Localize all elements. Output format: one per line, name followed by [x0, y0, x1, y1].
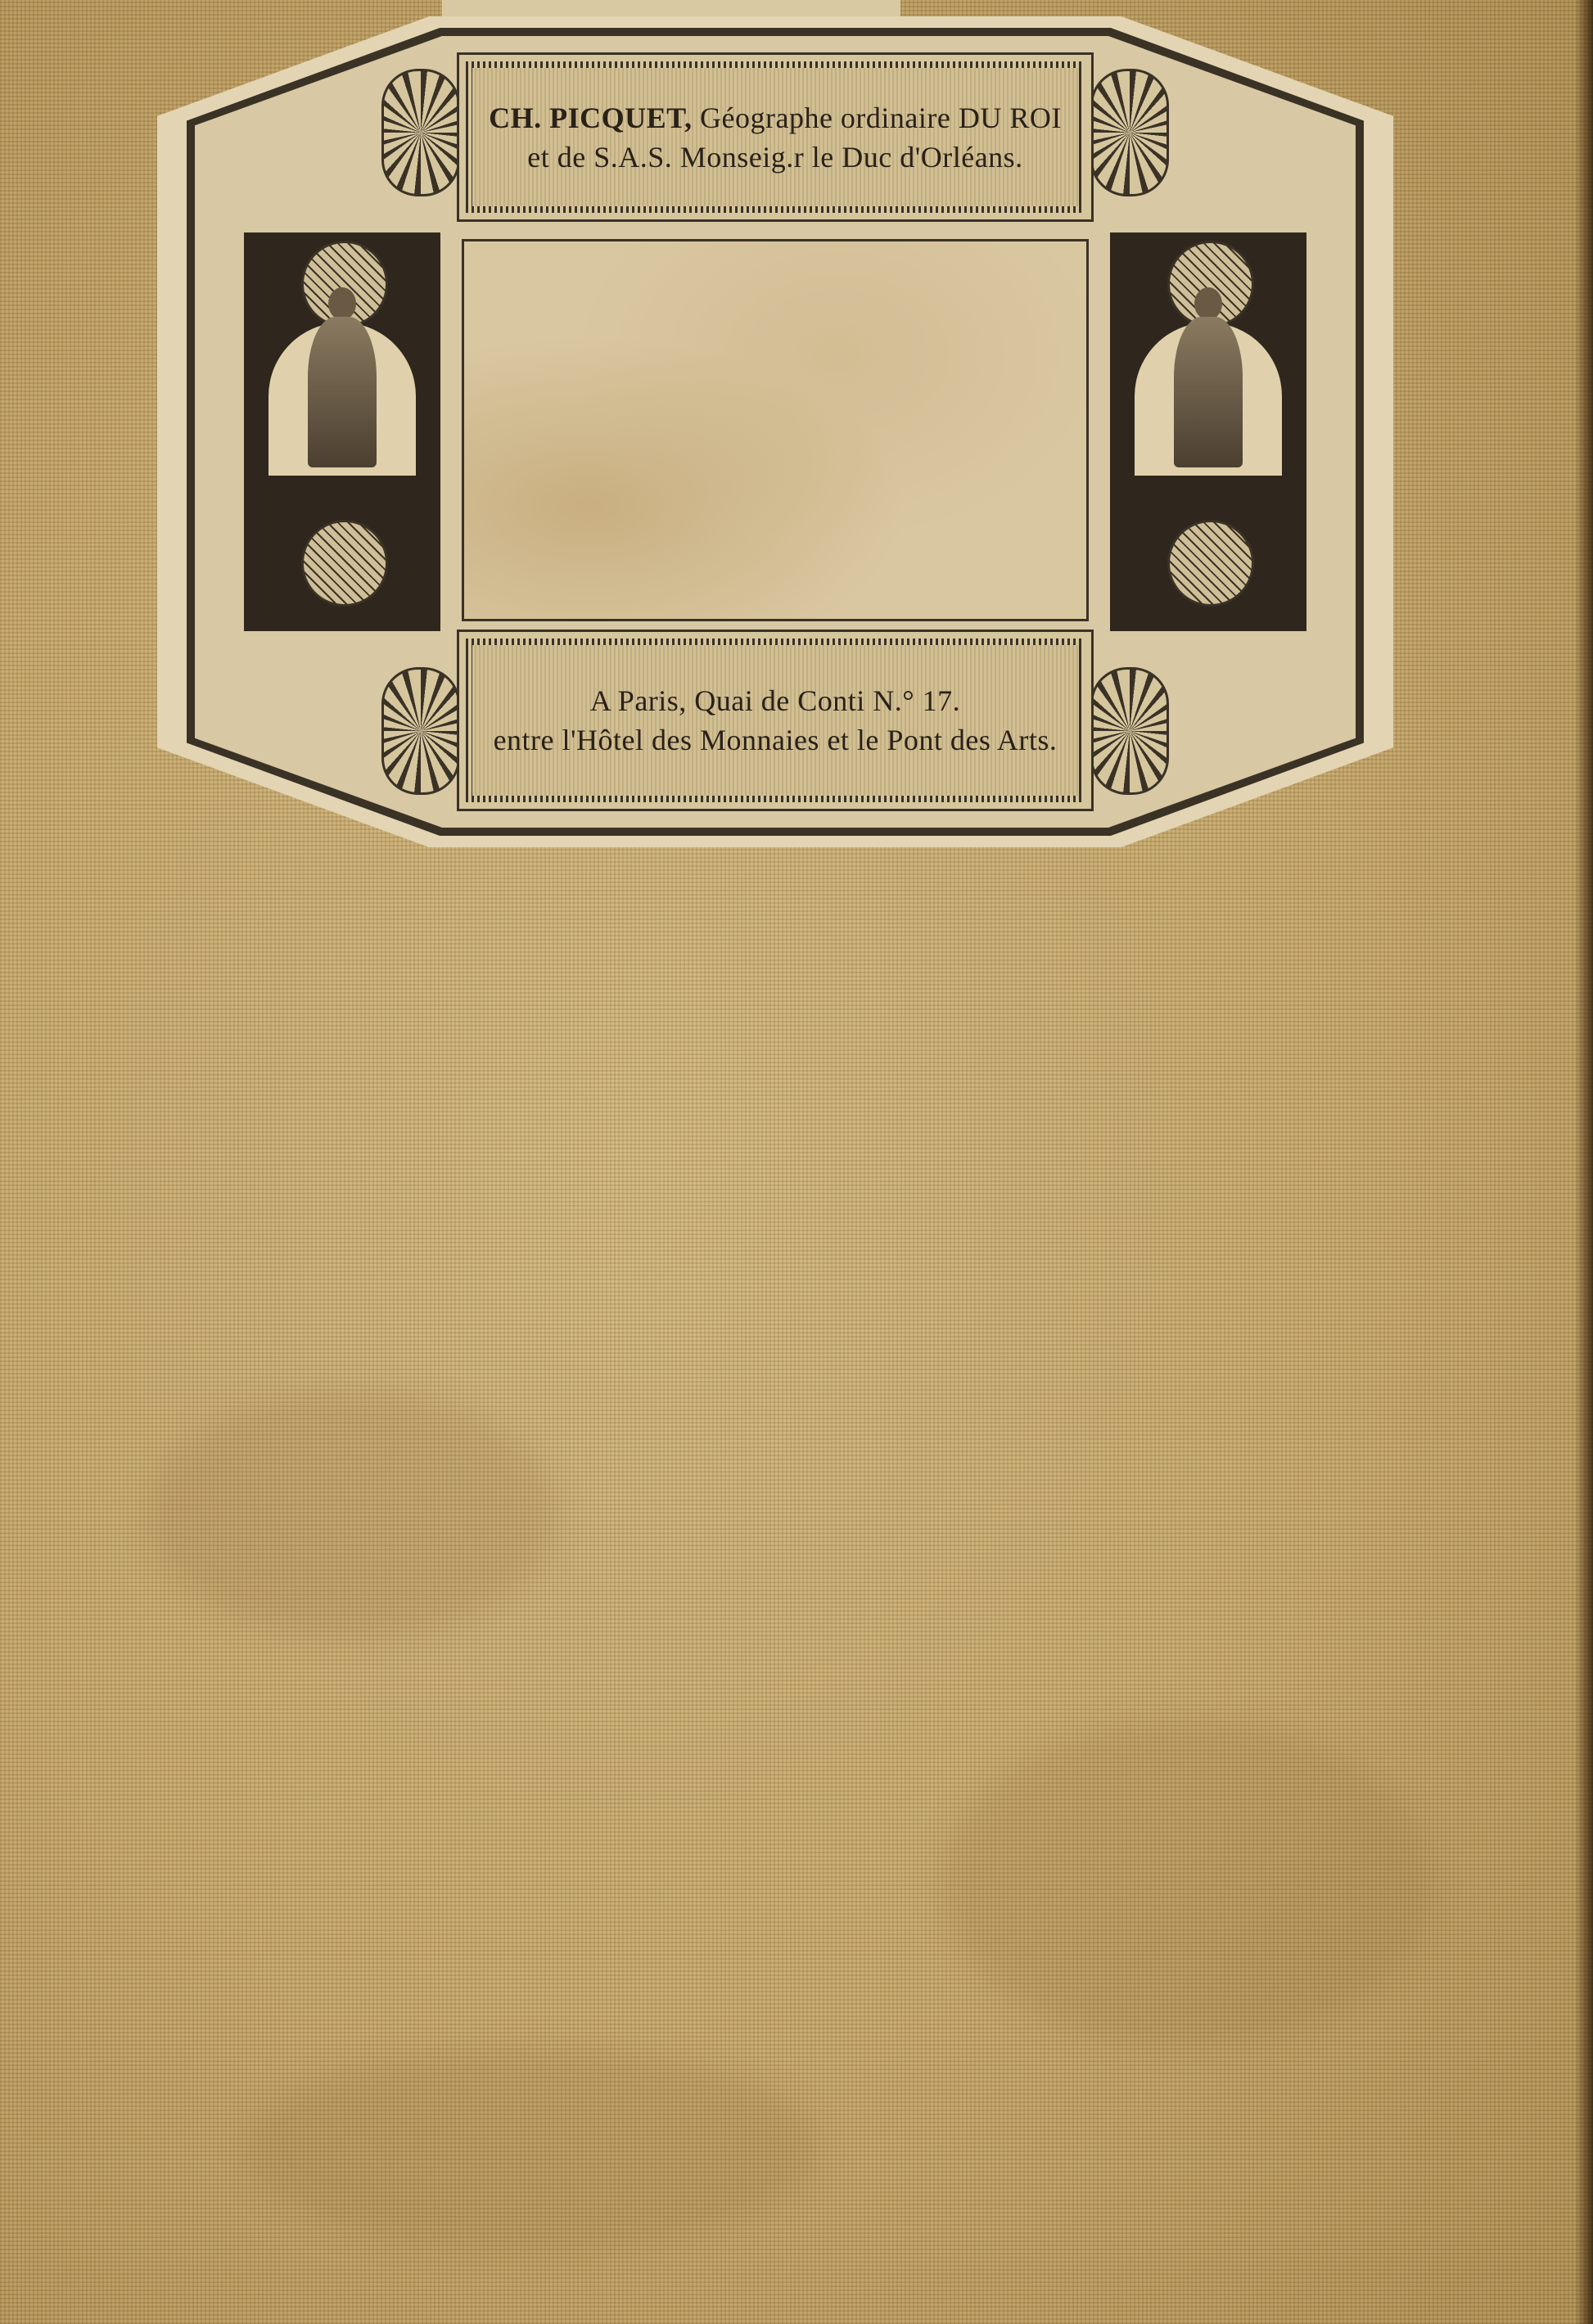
cloth-stain	[941, 1719, 1433, 2046]
cloth-stain	[246, 2046, 819, 2251]
publisher-name-line: CH. PICQUET, Géographe ordinaire DU ROI	[489, 98, 1062, 138]
label-frame-inner: CH. PICQUET, Géographe ordinaire DU ROI …	[195, 36, 1356, 828]
publisher-label: CH. PICQUET, Géographe ordinaire DU ROI …	[157, 16, 1393, 847]
publisher-patron-line: et de S.A.S. Monseig.r le Duc d'Orléans.	[527, 138, 1022, 177]
rosette-icon	[1090, 69, 1169, 196]
label-frame: CH. PICQUET, Géographe ordinaire DU ROI …	[187, 28, 1364, 836]
label-bottom-panel: A Paris, Quai de Conti N.° 17. entre l'H…	[457, 630, 1094, 811]
label-blank-area	[462, 239, 1089, 621]
right-ornament-column	[1110, 232, 1306, 631]
torn-paper-remnant	[442, 0, 900, 18]
globe-icon	[301, 520, 388, 607]
cloth-stain	[147, 1392, 557, 1637]
rosette-icon	[1090, 667, 1169, 795]
address-line: A Paris, Quai de Conti N.° 17.	[590, 681, 960, 720]
publisher-title: Géographe ordinaire DU ROI	[693, 102, 1062, 134]
book-cover: CH. PICQUET, Géographe ordinaire DU ROI …	[0, 0, 1593, 2324]
rosette-icon	[381, 667, 460, 795]
publisher-name: CH. PICQUET,	[489, 102, 692, 134]
seated-figure-urn-icon	[1159, 287, 1257, 467]
rosette-icon	[381, 69, 460, 196]
label-top-panel: CH. PICQUET, Géographe ordinaire DU ROI …	[457, 52, 1094, 222]
seated-figure-scroll-icon	[293, 287, 391, 467]
address-location-line: entre l'Hôtel des Monnaies et le Pont de…	[494, 720, 1058, 760]
globe-icon	[1167, 520, 1254, 607]
left-ornament-column	[244, 232, 440, 631]
